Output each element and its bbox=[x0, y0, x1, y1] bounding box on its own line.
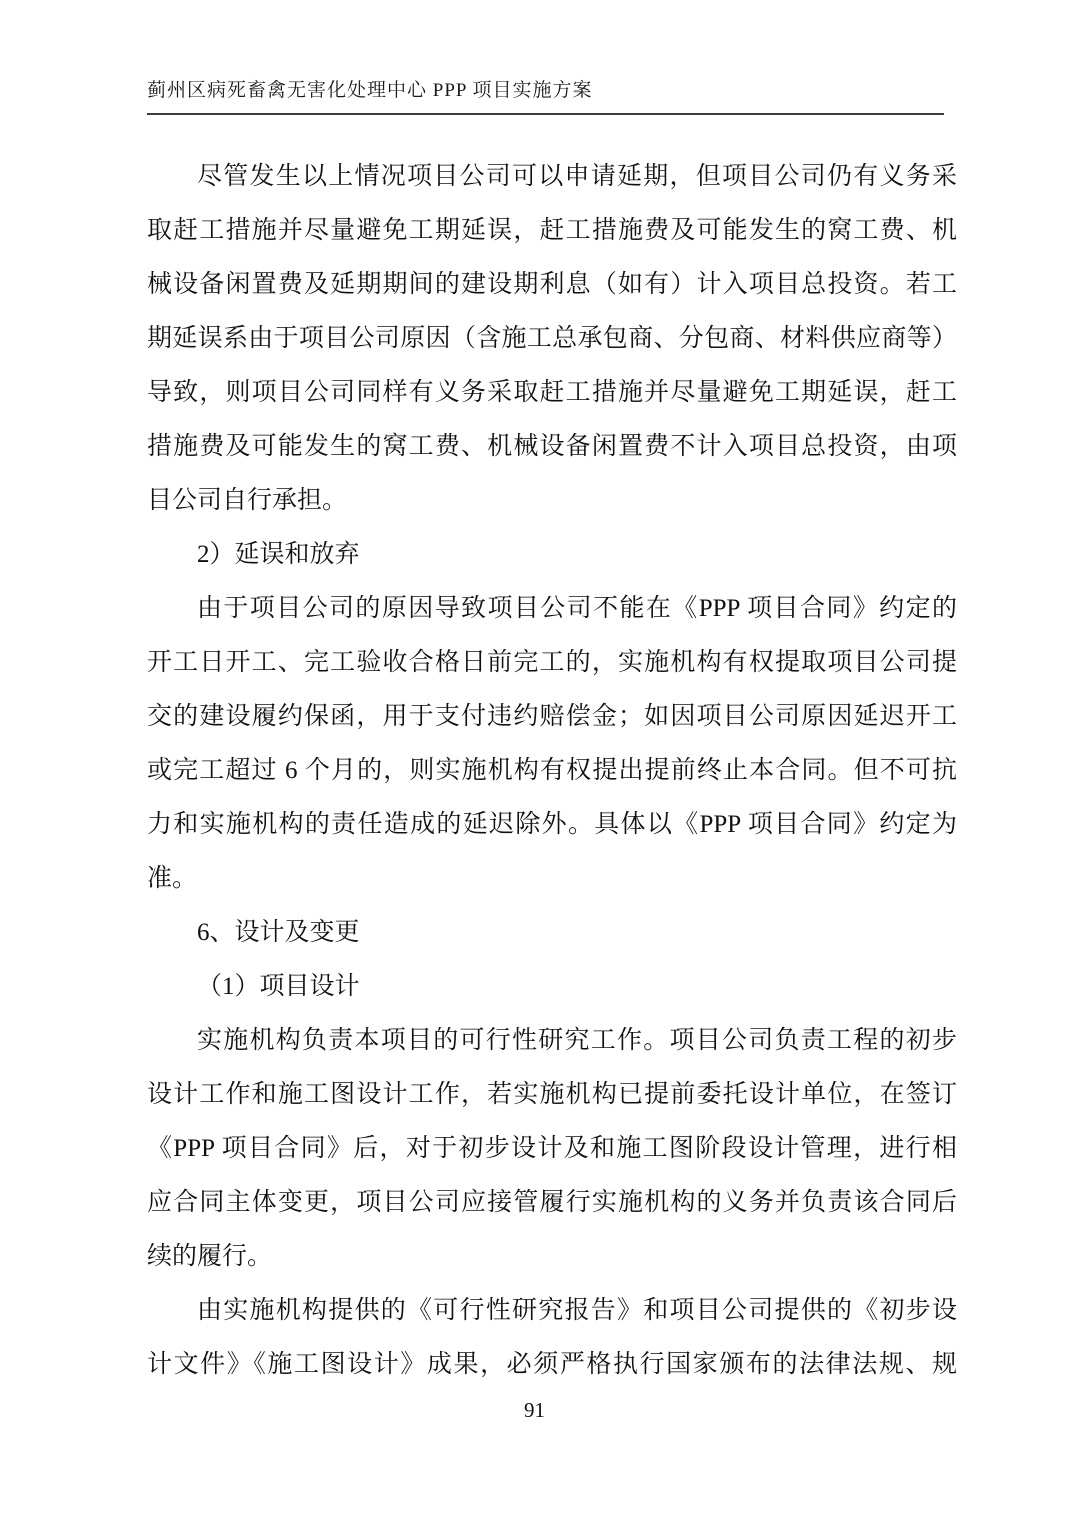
page-number: 91 bbox=[0, 1398, 1069, 1423]
paragraph-line: 交的建设履约保函，用于支付违约赔偿金；如因项目公司原因延迟开工 bbox=[147, 690, 957, 744]
paragraph-line: 准。 bbox=[147, 852, 957, 906]
paragraph-line: 由实施机构提供的《可行性研究报告》和项目公司提供的《初步设 bbox=[147, 1284, 957, 1338]
paragraph-line: 取赶工措施并尽量避免工期延误，赶工措施费及可能发生的窝工费、机 bbox=[147, 204, 957, 258]
section-heading: （1）项目设计 bbox=[147, 960, 957, 1014]
paragraph-line: 实施机构负责本项目的可行性研究工作。项目公司负责工程的初步 bbox=[147, 1014, 957, 1068]
paragraph-line: 由于项目公司的原因导致项目公司不能在《PPP 项目合同》约定的 bbox=[147, 582, 957, 636]
paragraph-line: 措施费及可能发生的窝工费、机械设备闲置费不计入项目总投资，由项 bbox=[147, 420, 957, 474]
document-body: 尽管发生以上情况项目公司可以申请延期，但项目公司仍有义务采 取赶工措施并尽量避免… bbox=[147, 150, 957, 1392]
paragraph-line: 导致，则项目公司同样有义务采取赶工措施并尽量避免工期延误，赶工 bbox=[147, 366, 957, 420]
document-page: 蓟州区病死畜禽无害化处理中心 PPP 项目实施方案 尽管发生以上情况项目公司可以… bbox=[0, 0, 1069, 1514]
paragraph-line: 尽管发生以上情况项目公司可以申请延期，但项目公司仍有义务采 bbox=[147, 150, 957, 204]
paragraph-line: 续的履行。 bbox=[147, 1230, 957, 1284]
paragraph-line: 开工日开工、完工验收合格日前完工的，实施机构有权提取项目公司提 bbox=[147, 636, 957, 690]
paragraph-line: 械设备闲置费及延期期间的建设期利息（如有）计入项目总投资。若工 bbox=[147, 258, 957, 312]
paragraph-line: 《PPP 项目合同》后，对于初步设计及和施工图阶段设计管理，进行相 bbox=[147, 1122, 957, 1176]
header-divider-rule bbox=[147, 113, 944, 115]
paragraph-line: 或完工超过 6 个月的，则实施机构有权提出提前终止本合同。但不可抗 bbox=[147, 744, 957, 798]
section-heading: 2）延误和放弃 bbox=[147, 528, 957, 582]
page-header-title: 蓟州区病死畜禽无害化处理中心 PPP 项目实施方案 bbox=[147, 76, 957, 106]
paragraph-line: 力和实施机构的责任造成的延迟除外。具体以《PPP 项目合同》约定为 bbox=[147, 798, 957, 852]
paragraph-line: 目公司自行承担。 bbox=[147, 474, 957, 528]
paragraph-line: 期延误系由于项目公司原因（含施工总承包商、分包商、材料供应商等） bbox=[147, 312, 957, 366]
paragraph-line: 计文件》《施工图设计》成果，必须严格执行国家颁布的法律法规、规 bbox=[147, 1338, 957, 1392]
paragraph-line: 设计工作和施工图设计工作，若实施机构已提前委托设计单位，在签订 bbox=[147, 1068, 957, 1122]
paragraph-line: 应合同主体变更，项目公司应接管履行实施机构的义务并负责该合同后 bbox=[147, 1176, 957, 1230]
section-heading: 6、设计及变更 bbox=[147, 906, 957, 960]
